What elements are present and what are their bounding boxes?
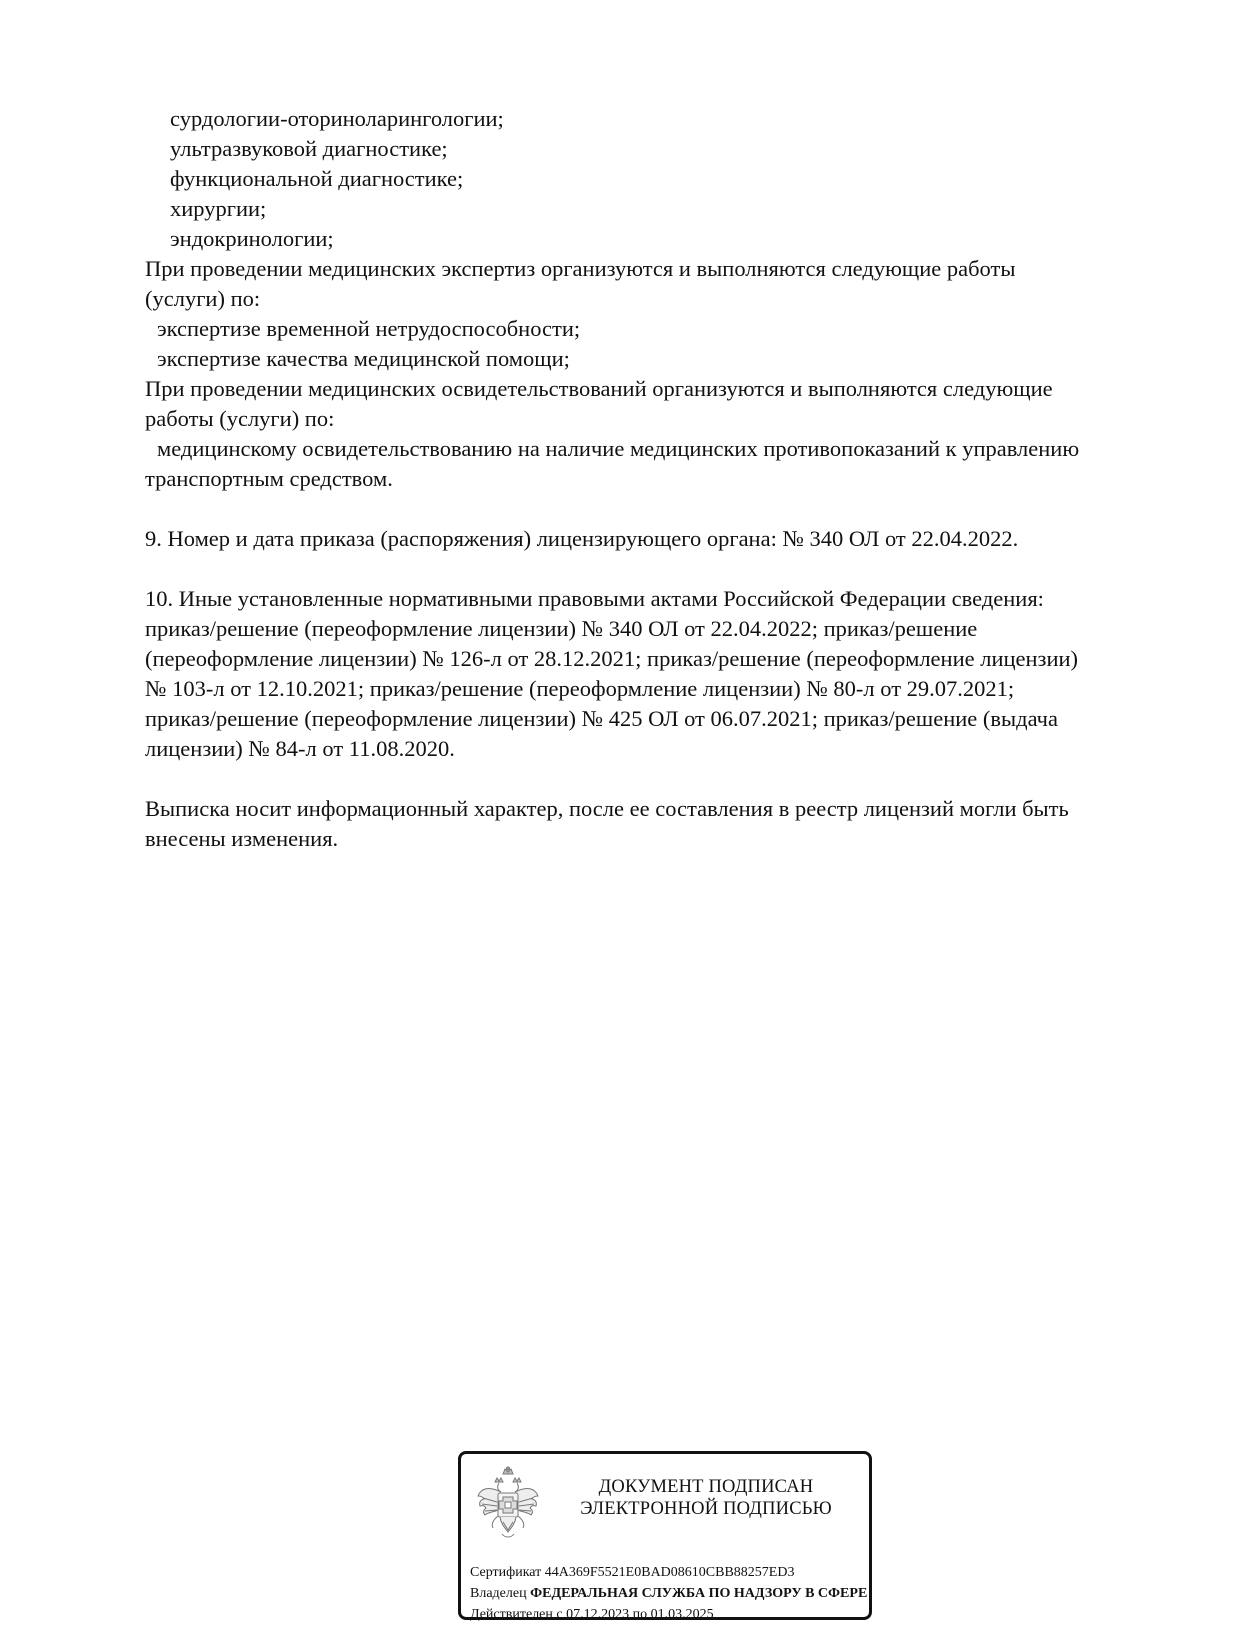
section-10-line: 10. Иные установленные нормативными прав… (145, 584, 1175, 614)
certificate-label: Сертификат (470, 1565, 541, 1580)
section-10-line: приказ/решение (переоформление лицензии)… (145, 614, 1175, 644)
document-body: сурдологии-оториноларингологии; ультразв… (145, 104, 1175, 854)
electronic-signature-stamp: ДОКУМЕНТ ПОДПИСАН ЭЛЕКТРОННОЙ ПОДПИСЬЮ С… (458, 1451, 872, 1620)
certificate-row: Сертификат 44A369F5521E0BAD08610CBB88257… (470, 1562, 870, 1583)
stamp-details: Сертификат 44A369F5521E0BAD08610CBB88257… (470, 1562, 870, 1625)
expertise-item: экспертизе временной нетрудоспособности; (145, 314, 1175, 344)
owner-label: Владелец (470, 1586, 527, 1601)
specialty-item: хирургии; (145, 194, 1175, 224)
examination-intro-cont: работы (услуги) по: (145, 404, 1175, 434)
expertise-item: экспертизе качества медицинской помощи; (145, 344, 1175, 374)
stamp-title-line2: ЭЛЕКТРОННОЙ ПОДПИСЬЮ (556, 1498, 856, 1520)
examination-item-cont: транспортным средством. (145, 464, 1175, 494)
document-page: сурдологии-оториноларингологии; ультразв… (0, 0, 1240, 1650)
section-10-line: (переоформление лицензии) № 126-л от 28.… (145, 644, 1175, 674)
section-10-line: № 103-л от 12.10.2021; приказ/решение (п… (145, 674, 1175, 704)
spacer (145, 764, 1175, 794)
owner-value: ФЕДЕРАЛЬНАЯ СЛУЖБА ПО НАДЗОРУ В СФЕРЕ ЗД… (530, 1586, 870, 1601)
disclaimer: Выписка носит информационный характер, п… (145, 794, 1175, 824)
section-10-line: приказ/решение (переоформление лицензии)… (145, 704, 1175, 734)
expertise-intro: При проведении медицинских экспертиз орг… (145, 254, 1175, 284)
examination-item: медицинскому освидетельствованию на нали… (145, 434, 1175, 464)
spacer (145, 494, 1175, 524)
stamp-title: ДОКУМЕНТ ПОДПИСАН ЭЛЕКТРОННОЙ ПОДПИСЬЮ (556, 1476, 856, 1520)
coat-of-arms-icon (475, 1466, 541, 1542)
specialty-item: функциональной диагностике; (145, 164, 1175, 194)
specialty-item: эндокринологии; (145, 224, 1175, 254)
disclaimer-cont: внесены изменения. (145, 824, 1175, 854)
spacer (145, 554, 1175, 584)
section-9-order: 9. Номер и дата приказа (распоряжения) л… (145, 524, 1175, 554)
expertise-intro-cont: (услуги) по: (145, 284, 1175, 314)
examination-intro: При проведении медицинских освидетельств… (145, 374, 1175, 404)
specialty-item: сурдологии-оториноларингологии; (145, 104, 1175, 134)
owner-row: Владелец ФЕДЕРАЛЬНАЯ СЛУЖБА ПО НАДЗОРУ В… (470, 1583, 870, 1604)
certificate-value: 44A369F5521E0BAD08610CBB88257ED3 (545, 1565, 795, 1580)
section-10-line: лицензии) № 84-л от 11.08.2020. (145, 734, 1175, 764)
validity-row: Действителен с 07.12.2023 по 01.03.2025 (470, 1604, 870, 1625)
stamp-title-line1: ДОКУМЕНТ ПОДПИСАН (556, 1476, 856, 1498)
specialty-item: ультразвуковой диагностике; (145, 134, 1175, 164)
